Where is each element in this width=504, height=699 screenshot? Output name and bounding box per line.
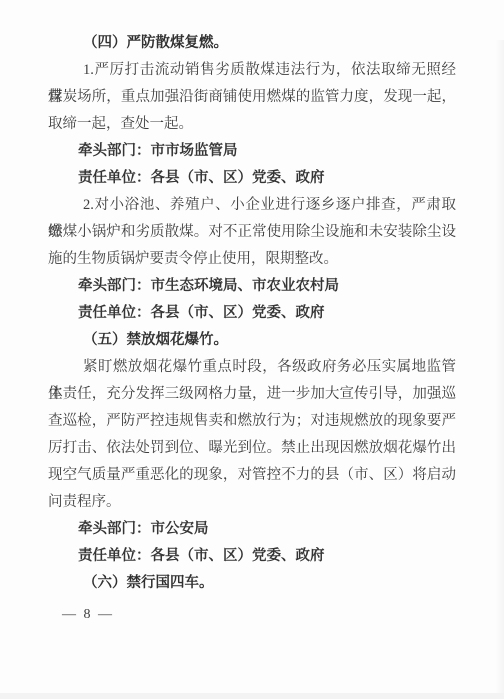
department-line: 牵头部门：市公安局	[48, 516, 456, 543]
paragraph-line: 1.严厉打击流动销售劣质散煤违法行为，依法取缔无照经营	[48, 57, 456, 84]
paragraph-line: 体责任，充分发挥三级网格力量，进一步加大宣传引导，加强巡	[48, 381, 456, 408]
document-page: （四）严防散煤复燃。1.严厉打击流动销售劣质散煤违法行为，依法取缔无照经营煤炭场…	[0, 0, 504, 699]
paragraph-line: 燃煤小锅炉和劣质散煤。对不正常使用除尘设施和未安装除尘设	[48, 219, 456, 246]
section-heading-line: （六）禁行国四车。	[48, 570, 456, 597]
scan-edge-shadow-right	[495, 40, 504, 693]
page-number: — 8 —	[62, 604, 114, 626]
paragraph-line: 取缔一起，查处一起。	[48, 111, 456, 138]
paragraph-line: 煤炭场所，重点加强沿街商铺使用燃煤的监管力度，发现一起，	[48, 84, 456, 111]
department-line: 责任单位：各县（市、区）党委、政府	[48, 300, 456, 327]
paragraph-line: 问责程序。	[48, 489, 456, 516]
department-line: 牵头部门：市市场监管局	[48, 138, 456, 165]
paragraph-line: 紧盯燃放烟花爆竹重点时段，各级政府务必压实属地监管主	[48, 354, 456, 381]
paragraph-line: 厉打击、依法处罚到位、曝光到位。禁止出现因燃放烟花爆竹出	[48, 435, 456, 462]
document-body: （四）严防散煤复燃。1.严厉打击流动销售劣质散煤违法行为，依法取缔无照经营煤炭场…	[48, 30, 456, 597]
paragraph-line: 查巡检，严防严控违规售卖和燃放行为；对违规燃放的现象要严	[48, 408, 456, 435]
scan-edge-shadow-bottom	[0, 693, 504, 699]
paragraph-line: 2.对小浴池、养殖户、小企业进行逐乡逐户排查，严肃取缔	[48, 192, 456, 219]
department-line: 牵头部门：市生态环境局、市农业农村局	[48, 273, 456, 300]
section-heading-line: （四）严防散煤复燃。	[48, 30, 456, 57]
department-line: 责任单位：各县（市、区）党委、政府	[48, 543, 456, 570]
paragraph-line: 现空气质量严重恶化的现象，对管控不力的县（市、区）将启动	[48, 462, 456, 489]
department-line: 责任单位：各县（市、区）党委、政府	[48, 165, 456, 192]
paragraph-line: 施的生物质锅炉要责令停止使用，限期整改。	[48, 246, 456, 273]
section-heading-line: （五）禁放烟花爆竹。	[48, 327, 456, 354]
